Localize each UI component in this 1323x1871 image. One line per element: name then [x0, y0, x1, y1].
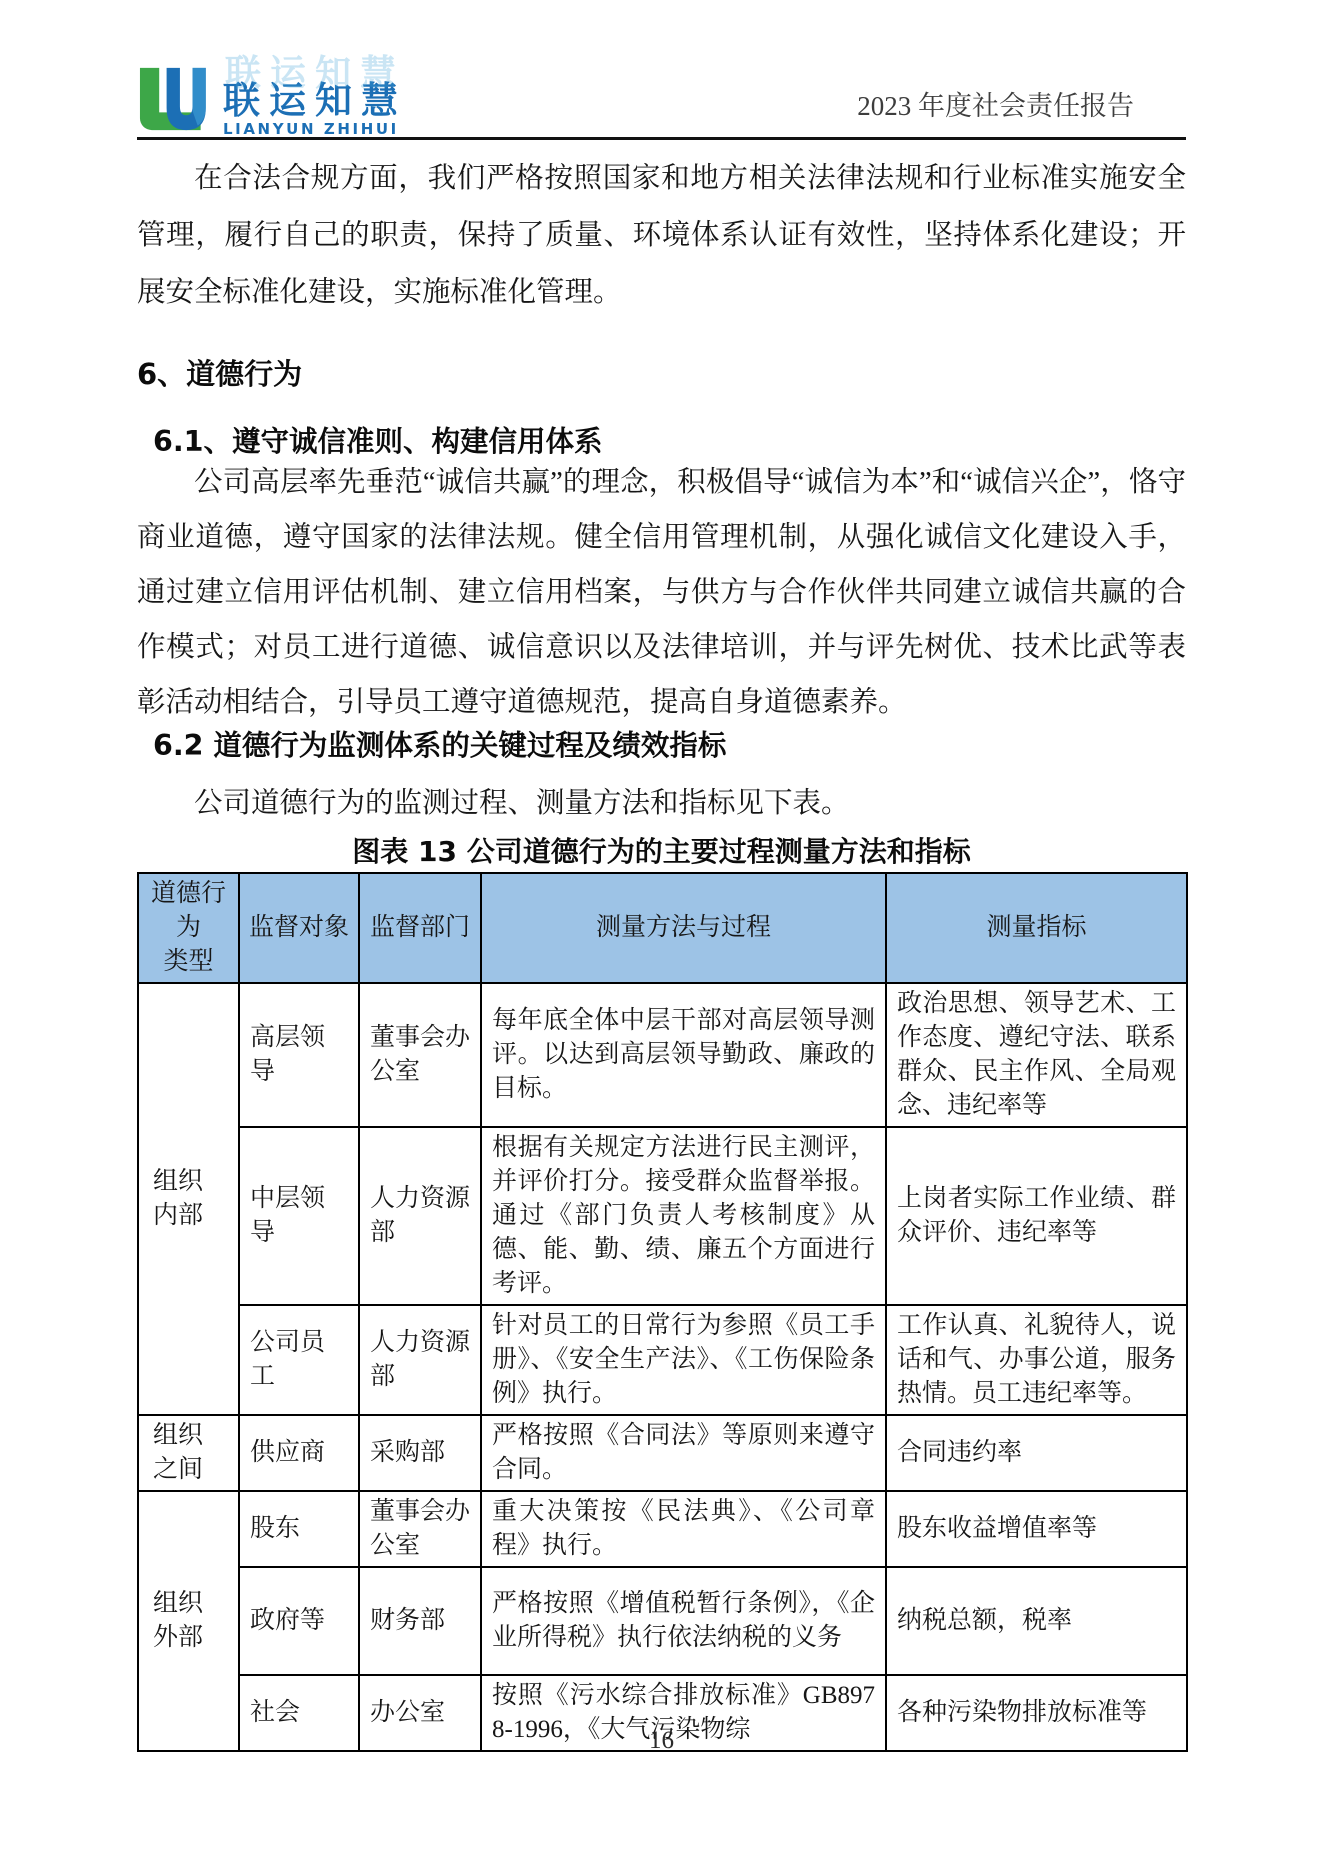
table-row: 组织内部高层领导董事会办公室每年底全体中层干部对高层领导测评。以达到高层领导勤政…: [138, 983, 1187, 1127]
method-cell: 严格按照《增值税暂行条例》，《企业所得税》执行依法纳税的义务: [481, 1567, 886, 1675]
table-row: 公司员工人力资源部针对员工的日常行为参照《员工手册》、《安全生产法》、《工伤保险…: [138, 1305, 1187, 1415]
target-cell: 中层领导: [239, 1127, 359, 1305]
column-header: 监督对象: [239, 873, 359, 983]
table-row: 中层领导人力资源部根据有关规定方法进行民主测评，并评价打分。接受群众监督举报。通…: [138, 1127, 1187, 1305]
indicator-cell: 股东收益增值率等: [886, 1491, 1187, 1567]
logo-ghost-text: 联运知慧: [225, 56, 405, 92]
dept-cell: 财务部: [359, 1567, 481, 1675]
report-title: 2023 年度社会责任报告: [857, 84, 1134, 123]
method-cell: 每年底全体中层干部对高层领导测评。以达到高层领导勤政、廉政的目标。: [481, 983, 886, 1127]
column-header: 测量指标: [886, 873, 1187, 983]
target-cell: 政府等: [239, 1567, 359, 1675]
target-cell: 供应商: [239, 1415, 359, 1491]
ethics-table: 道德行为类型监督对象监督部门测量方法与过程测量指标组织内部高层领导董事会办公室每…: [137, 872, 1188, 1752]
table-row: 组织之间供应商采购部严格按照《合同法》等原则来遵守合同。合同违约率: [138, 1415, 1187, 1491]
dept-cell: 董事会办公室: [359, 1491, 481, 1567]
indicator-cell: 纳税总额，税率: [886, 1567, 1187, 1675]
target-cell: 公司员工: [239, 1305, 359, 1415]
method-cell: 根据有关规定方法进行民主测评，并评价打分。接受群众监督举报。通过《部门负责人考核…: [481, 1127, 886, 1305]
paragraph-legal-compliance: 在合法合规方面，我们严格按照国家和地方相关法律法规和行业标准实施安全管理，履行自…: [137, 150, 1186, 321]
target-cell: 高层领导: [239, 983, 359, 1127]
method-cell: 针对员工的日常行为参照《员工手册》、《安全生产法》、《工伤保险条例》执行。: [481, 1305, 886, 1415]
ethics-table-container: 道德行为类型监督对象监督部门测量方法与过程测量指标组织内部高层领导董事会办公室每…: [137, 872, 1186, 1752]
indicator-cell: 上岗者实际工作业绩、群众评价、违纪率等: [886, 1127, 1187, 1305]
logo-text-en: LIANYUN ZHIHUI: [223, 122, 407, 137]
dept-cell: 人力资源部: [359, 1305, 481, 1415]
page-number: 16: [137, 1727, 1186, 1755]
column-header: 监督部门: [359, 873, 481, 983]
paragraph-monitor-intro: 公司道德行为的监测过程、测量方法和指标见下表。: [137, 782, 1186, 826]
logo-text: 联运知慧 联运知慧 LIANYUN ZHIHUI: [223, 82, 407, 137]
method-cell: 严格按照《合同法》等原则来遵守合同。: [481, 1415, 886, 1491]
column-header: 测量方法与过程: [481, 873, 886, 983]
method-cell: 重大决策按《民法典》、《公司章程》执行。: [481, 1491, 886, 1567]
behavior-type-cell: 组织外部: [138, 1491, 239, 1751]
page: { "colors": { "brand_green": "#3DA748", …: [0, 0, 1323, 1871]
page-header: 联运知慧 联运知慧 LIANYUN ZHIHUI 2023 年度社会责任报告: [137, 57, 1186, 140]
table-row: 组织外部股东董事会办公室重大决策按《民法典》、《公司章程》执行。股东收益增值率等: [138, 1491, 1187, 1567]
logo-lu-icon: [137, 61, 211, 137]
indicator-cell: 政治思想、领导艺术、工作态度、遵纪守法、联系群众、民主作风、全局观念、违纪率等: [886, 983, 1187, 1127]
indicator-cell: 工作认真、礼貌待人，说话和气、办事公道，服务热情。员工违纪率等。: [886, 1305, 1187, 1415]
column-header: 道德行为类型: [138, 873, 239, 983]
indicator-cell: 合同违约率: [886, 1415, 1187, 1491]
behavior-type-cell: 组织之间: [138, 1415, 239, 1491]
dept-cell: 人力资源部: [359, 1127, 481, 1305]
dept-cell: 董事会办公室: [359, 983, 481, 1127]
table-caption: 图表 13 公司道德行为的主要过程测量方法和指标: [137, 832, 1186, 872]
company-logo: 联运知慧 联运知慧 LIANYUN ZHIHUI: [137, 61, 407, 137]
target-cell: 股东: [239, 1491, 359, 1567]
table-row: 政府等财务部严格按照《增值税暂行条例》，《企业所得税》执行依法纳税的义务纳税总额…: [138, 1567, 1187, 1675]
heading-monitor-system: 6.2 道德行为监测体系的关键过程及绩效指标: [153, 726, 726, 766]
paragraph-integrity: 公司高层率先垂范“诚信共赢”的理念，积极倡导“诚信为本”和“诚信兴企”，恪守商业…: [137, 455, 1186, 730]
heading-ethical-behavior: 6、道德行为: [137, 354, 302, 394]
behavior-type-cell: 组织内部: [138, 983, 239, 1415]
dept-cell: 采购部: [359, 1415, 481, 1491]
